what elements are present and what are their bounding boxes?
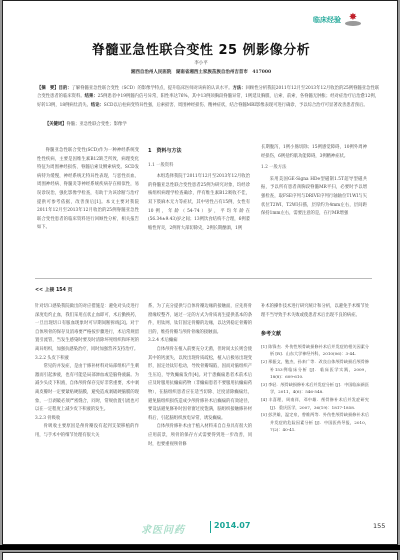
footer-separator [210, 521, 211, 533]
result-label: 结果： [85, 94, 98, 99]
method-label: 方法： [233, 86, 246, 91]
references-title: 参考文献 [261, 330, 369, 339]
continued-from-link[interactable]: << 上接 154 页 [35, 286, 72, 293]
section-heading: 1 资料与方法 [148, 147, 250, 156]
bottom-column-3: 补术的操作技术进行研究统计和分析，以避免手术细节处理不当导致手术失败或使患者术后… [261, 303, 369, 434]
subsection-heading: 3.2.2 头皮下积液 [35, 355, 139, 364]
paragraph: 自体颅骨在植入前要充分无菌，但时间太长则会使其中的钙流失，以致出现骨质疏松，植入… [148, 346, 252, 423]
bottom-column-1: 针对切口感染我院做出的对应措施是：避免对头皮进行深度电灼止血，我们采用点状止血即… [35, 303, 139, 441]
continued-paragraph: 长期腹泻，1例小肠切除；15例感觉障碍，10例外周神经损伤，6例括约肌功能障碍，… [261, 144, 367, 161]
abstract: 【摘 要】目的：了解脊髓亚急性联合变性（SCD）的影像学特点，提升临床医师对该病… [37, 85, 379, 110]
subsection-heading: 1.1 一般资料 [148, 162, 250, 171]
subsection-heading: 3.2.4 术后癫痫 [148, 337, 252, 346]
intro-paragraph: 脊髓亚急性联合变性(SCD)作为一种神经系统变性性疾病，主要是因维生素B12缺乏… [37, 147, 139, 233]
page-number: 155 [373, 522, 385, 530]
paragraph: 针对切口感染我院做出的对应措施是：避免对头皮进行深度电灼止血，我们采用点状止血即… [35, 303, 139, 355]
subsection-heading: 3.2.3 骨吸收 [35, 415, 139, 424]
issue-date: 2014.07 [214, 521, 250, 530]
flower-plate-icon: ✸ [344, 13, 362, 27]
method-paragraph: 采用美国GE-Signa HDe型磁制1.5T超导型磁共振，予以所有患者颈胸段脊… [261, 176, 367, 219]
paragraph: 自体颅骨修补术由于植入材料来自自身具有很大的应用前景，颅骨的保存方式需要得到进一… [148, 423, 252, 449]
paragraph: 系，为了充分提供与自体骨瓣边缘的接触面，应先将骨窗缘咬整齐，通过一定的方式为骨质… [148, 303, 252, 337]
paragraph: 骨吸收主要原因是颅骨瓣没有起到支架移植的作用，与手术中的细节处理有很大关 [35, 423, 139, 440]
keywords: 【关键词】脊髓；亚急性联合变性；影像学 [45, 121, 127, 127]
author: 李小平 [3, 60, 398, 66]
reference-item: [5] 彭洪雄，温定泉，曾维两等．外伤性颅骨缺损修补术后并发症的危险因素分析 [… [261, 411, 369, 434]
bottom-column-2: 系，为了充分提供与自体骨瓣边缘的接触面，应先将骨窗缘咬整齐，通过一定的方式为骨质… [148, 303, 252, 449]
top-column-2: 1 资料与方法 1.1 一般资料 本组选择我院于2011年12月至2013年12… [148, 147, 250, 233]
page-edge-shadow [0, 545, 400, 550]
reference-item: [3] 李轻．颅骨缺损修补术后并发症分析 [J]．中国临床新医学，2011，4(… [261, 381, 369, 396]
paragraph: 常见的并发症，是由于修补材料对局部组织产生刺激而引起渗液，也有可能是局部渗血或是… [35, 363, 139, 415]
section-divider [35, 278, 372, 279]
top-column-3: 长期腹泻，1例小肠切除；15例感觉障碍，10例外周神经损伤，6例括约肌功能障碍，… [261, 144, 367, 219]
general-data-paragraph: 本组选择我院于2011年12月至2013年12月收治的脊髓亚急性联合变性患者25… [148, 173, 250, 233]
top-column-1: 脊髓亚急性联合变性(SCD)作为一种神经系统变性性疾病，主要是因维生素B12缺乏… [37, 147, 139, 233]
subsection-heading: 1.2 一般方法 [261, 164, 367, 173]
reference-item: [4] 丰喜理，周南祥，邓中雄．颅骨修补术后并发症研究 [J]．重庆医学，200… [261, 396, 369, 411]
abstract-label: 【摘 要】 [37, 86, 59, 91]
keywords-label: 【关键词】 [45, 122, 66, 127]
objective-label: 目的： [59, 86, 72, 91]
paragraph: 补术的操作技术进行研究统计和分析，以避免手术细节处理不当导致手术失败或使患者术后… [261, 303, 369, 320]
journal-page: 临床经验 ✸ 脊髓亚急性联合变性 25 例影像分析 李小平 湘西自治州人民医院 … [2, 0, 398, 545]
objective-text: 了解脊髓亚急性联合变性（SCD）的影像学特点，提升临床医师对该病的认识水平。 [72, 86, 233, 91]
article-title: 脊髓亚急性联合变性 25 例影像分析 [3, 39, 398, 58]
reference-item: [2] 邢振文，勉杰，孙来广等．改良自体颅骨缺损后颅骨修补153例临床分析 [J… [261, 358, 369, 381]
reference-item: [1] 陈锋杰．外伤性颅骨缺损修补术后并发症的相关因素分析 [R]．山东大学神经… [261, 343, 369, 358]
journal-logo: 求医问药 [141, 521, 185, 536]
section-badge: 临床经验 ✸ [313, 13, 362, 27]
conclusion-label: 结论： [91, 103, 104, 108]
keywords-text: 脊髓；亚急性联合变性；影像学 [66, 122, 126, 127]
conclusion-text: SCD以后柱病变特异性强，后索损害、周围神经损伤、精神症状，结合脊髓MRI影像表… [104, 103, 368, 108]
next-page-edge [2, 552, 398, 560]
section-label: 临床经验 [313, 15, 341, 25]
affiliation: 湘西自治州人民医院 湖南省湘西土家族苗族自治州吉首市 417000 [3, 69, 398, 75]
